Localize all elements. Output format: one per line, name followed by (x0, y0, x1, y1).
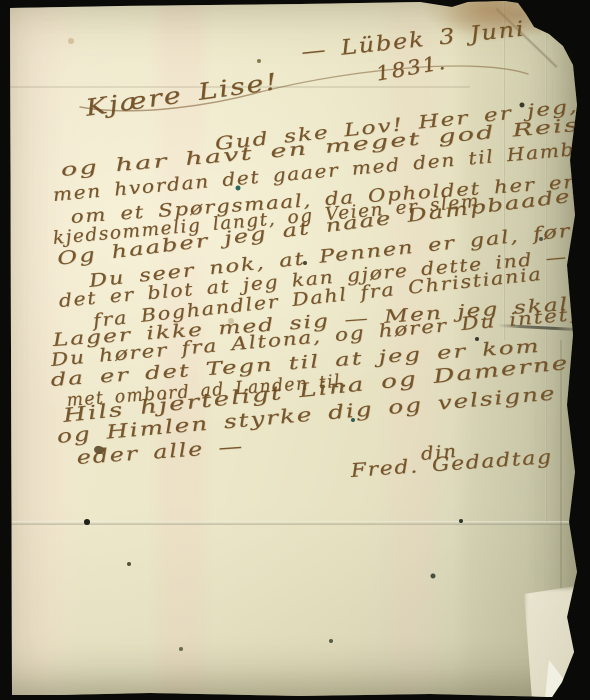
vertical-crease (560, 340, 562, 590)
foxing-specks (0, 0, 2, 2)
horizontal-fold-crease (0, 521, 590, 525)
vertical-crease (503, 0, 505, 340)
scanned-letter-photo: — Lübek 3 Juni1831.Kjære Lise!Gud ske Lo… (0, 0, 590, 700)
letter-paper: — Lübek 3 Juni1831.Kjære Lise!Gud ske Lo… (0, 0, 590, 700)
